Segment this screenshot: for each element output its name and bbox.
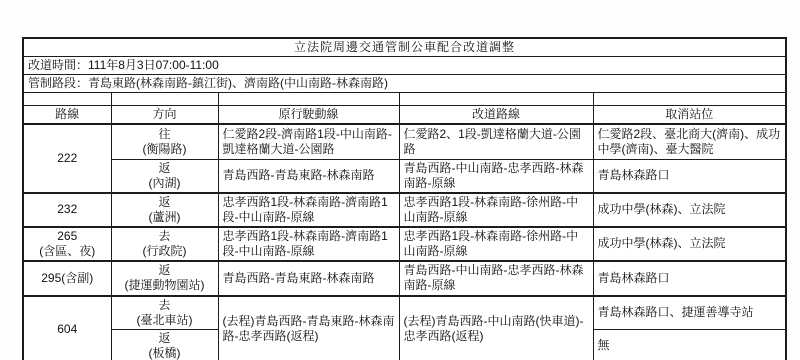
col-header-direction: 方向 [111, 106, 218, 125]
spacer-cell [218, 93, 399, 106]
direction-terminal: (板橋) [116, 346, 214, 360]
direction-label: 返 [116, 331, 214, 346]
col-header-changed-route: 改道路線 [399, 106, 593, 125]
reroute-time-text: 改道時間：111年8月3日07:00-11:00 [23, 57, 786, 75]
direction-cell: 往 (衡陽路) [111, 124, 218, 159]
table-row: 返 (內湖) 青島西路-青島東路-林森南路 青島西路-中山南路-忠孝西路-林森南… [23, 159, 786, 193]
direction-label: 返 [116, 195, 214, 210]
direction-cell: 去 (臺北車站) [111, 296, 218, 330]
table-row: 295(含副) 返 (捷運動物園站) 青島西路-青島東路-林森南路 青島西路-中… [23, 261, 786, 296]
direction-terminal: (內湖) [116, 176, 214, 191]
header-row: 路線 方向 原行駛動線 改道路線 取消站位 [23, 106, 786, 125]
direction-cell: 返 (板橋) [111, 329, 218, 360]
col-header-route: 路線 [23, 106, 111, 125]
route-cell: 604 [23, 296, 111, 360]
direction-terminal: (蘆洲) [116, 210, 214, 225]
direction-label: 往 [116, 127, 214, 142]
original-route-cell: 青島西路-青島東路-林森南路 [218, 261, 399, 296]
route-number: 295(含副) [41, 271, 93, 285]
spacer-cell [399, 93, 593, 106]
cancelled-stops-cell: 青島林森路口、捷運善導寺站 [593, 296, 786, 330]
cancelled-stops-cell: 成功中學(林森)、立法院 [593, 193, 786, 227]
cancelled-stops-cell: 仁愛路2段、臺北商大(濟南)、成功中學(濟南)、臺大醫院 [593, 124, 786, 159]
direction-label: 去 [116, 298, 214, 313]
route-number: 604 [57, 322, 77, 336]
cancelled-stops-cell: 青島林森路口 [593, 159, 786, 193]
route-cell: 265 (含區、夜) [23, 227, 111, 261]
controlled-sections-text: 管制路段：青島東路(林森南路-鎮江街)、濟南路(中山南路-林森南路) [23, 75, 786, 93]
direction-label: 返 [116, 263, 214, 278]
spacer-cell [111, 93, 218, 106]
changed-route-cell: 仁愛路2、1段-凱達格蘭大道-公園路 [399, 124, 593, 159]
cancelled-stops-cell: 成功中學(林森)、立法院 [593, 227, 786, 261]
direction-cell: 返 (捷運動物園站) [111, 261, 218, 296]
col-header-cancelled-stops: 取消站位 [593, 106, 786, 125]
changed-route-cell: (去程)青島西路-中山南路(快車道)-忠孝西路(返程) [399, 296, 593, 360]
changed-route-cell: 忠孝西路1段-林森南路-徐州路-中山南路-原線 [399, 193, 593, 227]
original-route-cell: 仁愛路2段-濟南路1段-中山南路-凱達格蘭大道-公園路 [218, 124, 399, 159]
direction-label: 去 [116, 229, 214, 244]
route-number: 232 [57, 202, 77, 216]
original-route-cell: (去程)青島西路-青島東路-林森南路-忠孝西路(返程) [218, 296, 399, 360]
original-route-cell: 青島西路-青島東路-林森南路 [218, 159, 399, 193]
spacer-cell [593, 93, 786, 106]
direction-cell: 返 (內湖) [111, 159, 218, 193]
direction-cell: 去 (行政院) [111, 227, 218, 261]
route-cell: 295(含副) [23, 261, 111, 296]
table-row: 222 往 (衡陽路) 仁愛路2段-濟南路1段-中山南路-凱達格蘭大道-公園路 … [23, 124, 786, 159]
original-route-cell: 忠孝西路1段-林森南路-濟南路1段-中山南路-原線 [218, 227, 399, 261]
direction-cell: 返 (蘆洲) [111, 193, 218, 227]
direction-terminal: (衡陽路) [116, 142, 214, 157]
direction-terminal: (捷運動物園站) [116, 278, 214, 293]
direction-label: 返 [116, 161, 214, 176]
original-route-cell: 忠孝西路1段-林森南路-濟南路1段-中山南路-原線 [218, 193, 399, 227]
direction-terminal: (臺北車站) [116, 313, 214, 328]
route-number: 222 [57, 151, 77, 165]
cancelled-stops-cell: 無 [593, 329, 786, 360]
route-number: 265 [28, 229, 107, 244]
col-header-original-route: 原行駛動線 [218, 106, 399, 125]
spacer-cell [23, 93, 111, 106]
changed-route-cell: 青島西路-中山南路-忠孝西路-林森南路-原線 [399, 159, 593, 193]
route-cell: 232 [23, 193, 111, 227]
table-row: 232 返 (蘆洲) 忠孝西路1段-林森南路-濟南路1段-中山南路-原線 忠孝西… [23, 193, 786, 227]
direction-terminal: (行政院) [116, 244, 214, 259]
cancelled-stops-cell: 青島林森路口 [593, 261, 786, 296]
changed-route-cell: 忠孝西路1段-林森南路-徐州路-中山南路-原線 [399, 227, 593, 261]
route-cell: 222 [23, 124, 111, 193]
bus-reroute-table: 立法院周邊交通管制公車配合改道調整 改道時間：111年8月3日07:00-11:… [22, 37, 787, 360]
route-note: (含區、夜) [28, 244, 107, 259]
table-row: 265 (含區、夜) 去 (行政院) 忠孝西路1段-林森南路-濟南路1段-中山南… [23, 227, 786, 261]
spacer-row [23, 93, 786, 106]
page-title: 立法院周邊交通管制公車配合改道調整 [23, 38, 786, 57]
table-row: 604 去 (臺北車站) (去程)青島西路-青島東路-林森南路-忠孝西路(返程)… [23, 296, 786, 330]
changed-route-cell: 青島西路-中山南路-忠孝西路-林森南路-原線 [399, 261, 593, 296]
notice-page: 立法院周邊交通管制公車配合改道調整 改道時間：111年8月3日07:00-11:… [0, 0, 800, 360]
